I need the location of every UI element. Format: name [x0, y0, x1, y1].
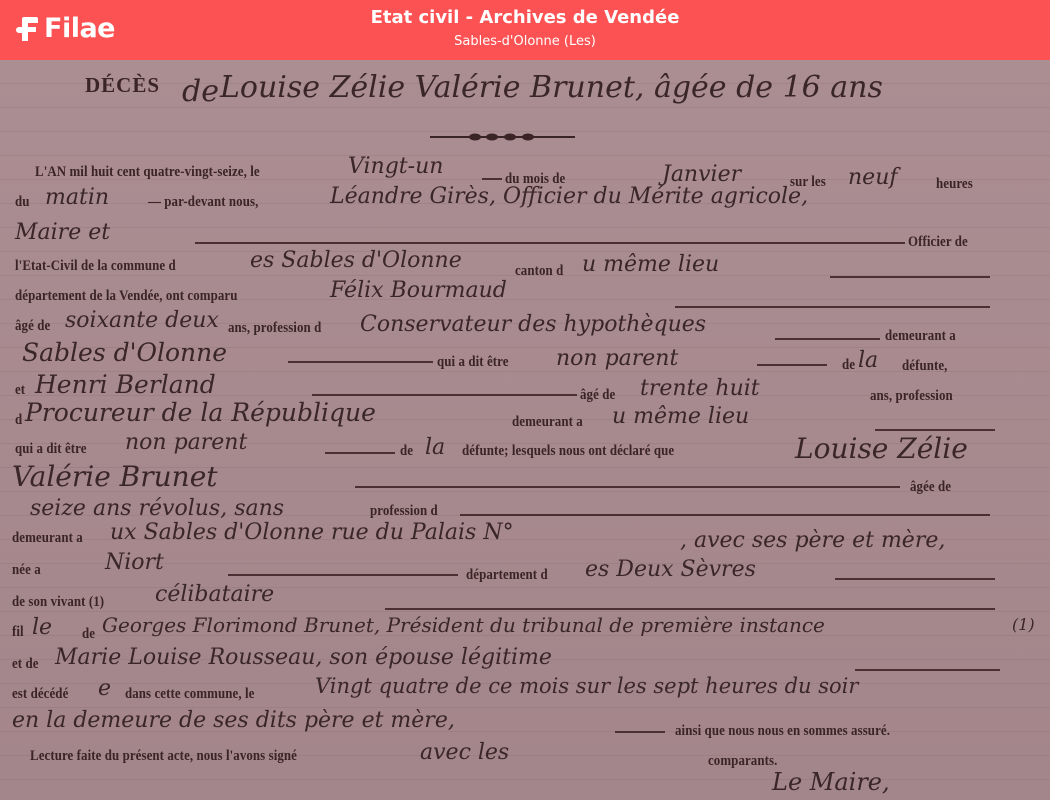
handwritten-text: Maire et: [15, 220, 110, 245]
rule-line: [325, 452, 395, 454]
handwritten-text: Conservateur des hypothèques: [360, 312, 706, 337]
heading-handwritten: Louise Zélie Valérie Brunet, âgée de 16 …: [220, 70, 883, 105]
mayor-signature: Le Maire,: [772, 768, 890, 796]
rule-line: [385, 608, 995, 610]
handwritten-text: Henri Berland: [35, 370, 216, 399]
handwritten-text: neuf: [848, 165, 898, 190]
death-record-scan: DÉCÈS de Louise Zélie Valérie Brunet, âg…: [0, 60, 1050, 800]
rule-line: [460, 514, 990, 516]
handwritten-text: non parent: [125, 430, 247, 455]
printed-text: département de la Vendée, ont comparu: [15, 288, 237, 305]
printed-text: canton d: [515, 263, 563, 280]
printed-text: Officier de: [908, 234, 968, 251]
heading-printed: DÉCÈS: [85, 73, 160, 98]
handwritten-text: Marie Louise Rousseau, son épouse légiti…: [55, 645, 552, 670]
handwritten-text: avec les: [420, 740, 509, 765]
printed-text: âgée de: [910, 479, 951, 496]
handwritten-text: Valérie Brunet: [12, 460, 218, 493]
printed-text: demeurant a: [885, 328, 956, 345]
footnote-mark: (1): [1012, 615, 1035, 634]
handwritten-text: Vingt quatre de ce mois sur les sept heu…: [315, 674, 858, 698]
printed-text: est décédé: [12, 686, 68, 703]
rule-line: [195, 242, 905, 244]
handwritten-text: es Sables d'Olonne: [250, 248, 462, 273]
handwritten-text: non parent: [556, 346, 678, 371]
handwritten-text: Léandre Girès, Officier du Mérite agrico…: [330, 184, 808, 209]
printed-text: département d: [466, 567, 548, 584]
printed-text: âgé de: [15, 318, 50, 335]
printed-text: heures: [936, 176, 973, 193]
page-subtitle: Sables-d'Olonne (Les): [0, 32, 1050, 52]
handwritten-text: Louise Zélie: [795, 432, 968, 465]
printed-text: âgé de: [580, 387, 615, 404]
title-block: Etat civil - Archives de Vendée Sables-d…: [0, 6, 1050, 52]
handwritten-text: u même lieu: [582, 252, 719, 277]
printed-text: demeurant a: [512, 414, 583, 431]
printed-text: dans cette commune, le: [125, 686, 254, 703]
rule-line: [757, 364, 827, 366]
rule-line: [855, 669, 1000, 671]
handwritten-text: , avec ses père et mère,: [680, 528, 945, 553]
handwritten-text: trente huit: [640, 376, 760, 401]
rule-line: [875, 429, 995, 431]
handwritten-text: Niort: [105, 550, 164, 575]
rule-line: [775, 338, 880, 340]
handwritten-text: la: [858, 348, 878, 373]
printed-text: de son vivant (1): [12, 594, 104, 611]
printed-text: qui a dit être: [15, 441, 87, 458]
handwritten-text: célibataire: [155, 582, 274, 607]
handwritten-text: u même lieu: [612, 404, 749, 429]
handwritten-text: le: [32, 615, 52, 640]
printed-text: l'Etat-Civil de la commune d: [15, 258, 176, 275]
printed-text: — par-devant nous,: [148, 194, 258, 211]
handwritten-text: ux Sables d'Olonne rue du Palais N°: [110, 520, 514, 545]
handwritten-text: en la demeure de ses dits père et mère,: [12, 708, 455, 733]
handwritten-text: seize ans révolus, sans: [30, 496, 284, 521]
printed-text: et de: [12, 656, 39, 673]
printed-text: ainsi que nous nous en sommes assuré.: [675, 723, 890, 740]
handwritten-text: Vingt-un: [348, 154, 443, 179]
printed-text: Lecture faite du présent acte, nous l'av…: [30, 748, 297, 765]
rule-line: [615, 731, 665, 733]
handwritten-text: soixante deux: [65, 308, 219, 333]
handwritten-text: Georges Florimond Brunet, Président du t…: [102, 613, 825, 637]
printed-text: et: [15, 382, 25, 399]
handwritten-text: Sables d'Olonne: [22, 338, 227, 367]
printed-text: comparants.: [708, 753, 777, 770]
printed-text: L'AN mil huit cent quatre-vingt-seize, l…: [35, 164, 260, 181]
ornament-divider: [430, 133, 575, 141]
handwritten-text: Procureur de la République: [25, 398, 376, 427]
printed-text: demeurant a: [12, 530, 83, 547]
handwritten-text: Félix Bourmaud: [330, 278, 507, 303]
handwritten-text: matin: [45, 185, 109, 210]
page-title: Etat civil - Archives de Vendée: [0, 6, 1050, 30]
handwritten-text: e: [98, 676, 111, 701]
rule-line: [482, 178, 502, 180]
printed-text: défunte; lesquels nous ont déclaré que: [462, 443, 674, 460]
rule-line: [355, 486, 900, 488]
rule-line: [288, 361, 433, 363]
printed-text: d: [15, 412, 22, 429]
printed-text: de: [400, 443, 413, 460]
printed-text: fil: [12, 624, 24, 641]
printed-text: du: [15, 194, 30, 211]
handwritten-text: la: [425, 435, 445, 460]
printed-text: défunte,: [902, 358, 947, 375]
rule-line: [228, 574, 458, 576]
rule-line: [830, 276, 990, 278]
printed-text: ans, profession: [870, 388, 953, 405]
heading-de: de: [182, 74, 219, 109]
document-viewer[interactable]: DÉCÈS de Louise Zélie Valérie Brunet, âg…: [0, 60, 1050, 800]
printed-text: qui a dit être: [437, 354, 509, 371]
printed-text: ans, profession d: [228, 320, 321, 337]
printed-text: profession d: [370, 503, 438, 520]
rule-line: [675, 306, 990, 308]
printed-text: de: [842, 357, 855, 374]
printed-text: née a: [12, 562, 41, 579]
rule-line: [312, 394, 577, 396]
rule-line: [835, 578, 995, 580]
handwritten-text: es Deux Sèvres: [585, 557, 756, 582]
top-header-bar: Filae Etat civil - Archives de Vendée Sa…: [0, 0, 1050, 60]
printed-text: de: [82, 626, 95, 643]
